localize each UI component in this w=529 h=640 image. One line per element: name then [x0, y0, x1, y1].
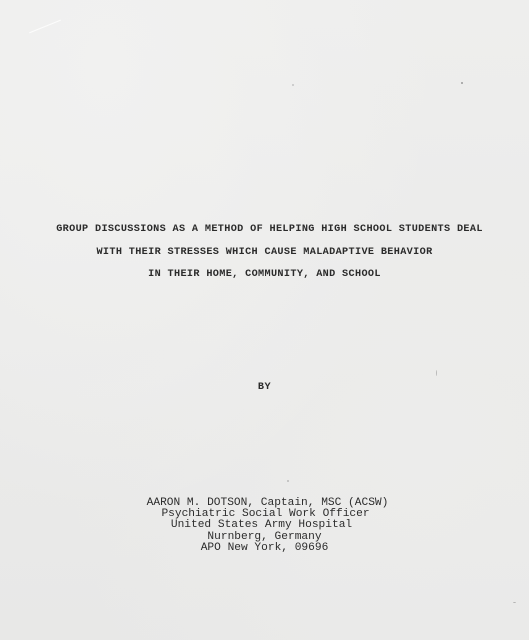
paper-crease: [29, 20, 61, 34]
title-line-3: IN THEIR HOME, COMMUNITY, AND SCHOOL: [0, 264, 529, 287]
document-title: GROUP DISCUSSIONS AS A METHOD OF HELPING…: [0, 219, 529, 287]
title-line-2: WITH THEIR STRESSES WHICH CAUSE MALADAPT…: [0, 242, 529, 265]
author-institution: United States Army Hospital: [0, 520, 529, 531]
author-block: AARON M. DOTSON, Captain, MSC (ACSW) Psy…: [0, 498, 529, 554]
paper-speck: [513, 602, 516, 603]
document-page: GROUP DISCUSSIONS AS A METHOD OF HELPING…: [0, 0, 529, 640]
author-address: APO New York, 09696: [0, 543, 529, 554]
title-line-1: GROUP DISCUSSIONS AS A METHOD OF HELPING…: [10, 219, 529, 242]
by-label: BY: [0, 382, 529, 393]
paper-speck: [292, 84, 294, 86]
paper-speck: [287, 480, 289, 482]
paper-speck: [436, 370, 437, 376]
paper-speck: [461, 82, 463, 84]
